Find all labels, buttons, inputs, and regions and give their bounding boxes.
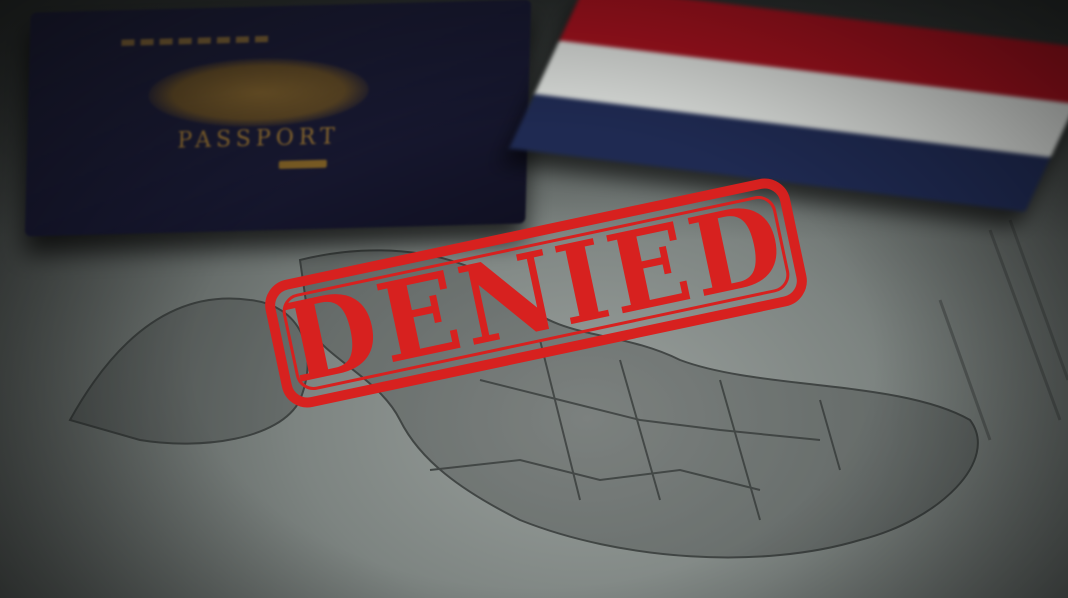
- passport: ▬▬▬▬▬▬▬▬ PASSPORT: [25, 0, 531, 237]
- passport-country-text: ▬▬▬▬▬▬▬▬: [120, 28, 273, 52]
- photo-scene: ▬▬▬▬▬▬▬▬ PASSPORT DENIED: [0, 0, 1068, 598]
- coat-of-arms-icon: [148, 56, 370, 130]
- passport-label: PASSPORT: [177, 124, 340, 153]
- biometric-chip-icon: [279, 160, 327, 169]
